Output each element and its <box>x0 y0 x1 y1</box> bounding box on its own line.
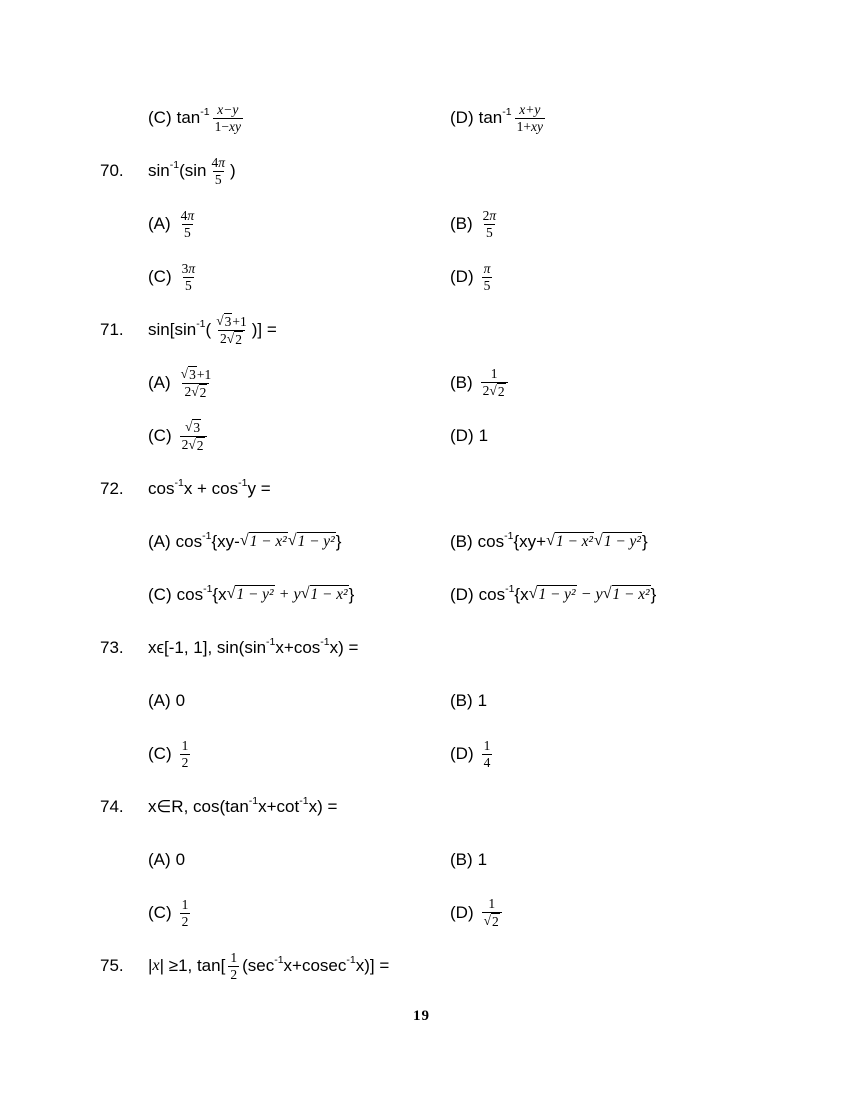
option-math: tan-1x−y1−xy <box>177 102 246 135</box>
math-fd: 2 <box>180 913 191 930</box>
math-mit: 1 − y² <box>538 586 575 603</box>
question-stem: sin-1(sin4π5) <box>148 155 236 188</box>
option-label: (B) <box>450 532 473 552</box>
math-rbar: 3 <box>192 419 201 436</box>
math-mrm: 4 <box>211 155 218 171</box>
math-mit: + y <box>275 586 301 604</box>
math-mfrac: 12√2 <box>481 366 508 399</box>
question-stem: sin[sin-1(√3+12√2)] = <box>148 313 277 347</box>
option-rows: (A) 0 (B) 1 (C) 12 (D) 1√2 <box>0 840 850 933</box>
math-mtxt: } <box>349 585 355 605</box>
math-mrm: 5 <box>484 278 491 294</box>
math-fn: 2π <box>481 208 499 224</box>
math-msqrt: √2 <box>227 331 243 348</box>
math-msqrt: √1 − x² <box>301 585 349 605</box>
math-msqrt: √1 − y² <box>288 532 336 552</box>
option-label: (C) <box>148 744 172 764</box>
math-msqrt: √1 − x² <box>240 532 288 552</box>
math-mrm: 1 <box>491 366 498 382</box>
math-rbar: 1 − y² <box>537 585 576 605</box>
math-fn: √3 <box>183 419 203 436</box>
math-mrm: 5 <box>486 225 493 241</box>
question-stem-row: 72. cos-1x + cos-1y = <box>0 469 850 509</box>
math-fn: 1 <box>180 738 191 754</box>
math-fn: π <box>482 261 493 277</box>
option: (D) tan-1x+y1+xy <box>450 102 548 135</box>
option-rows: (A) cos-1{xy-√1 − x²√1 − y²} (B) cos-1{x… <box>0 522 850 615</box>
math-msup: -1 <box>346 954 355 966</box>
math-fn: x−y <box>215 102 240 118</box>
math-mfrac: 12 <box>228 950 239 983</box>
math-rad: √ <box>185 419 192 435</box>
option-label: (C) <box>148 426 172 446</box>
math-mit: 1 − y² <box>236 586 273 603</box>
math-mit: 1 − x² <box>613 586 650 603</box>
option-label: (D) <box>450 903 474 923</box>
math-rad: √ <box>546 532 555 551</box>
math-mtxt: xϵ[-1, 1], sin(sin <box>148 638 266 658</box>
math-fn: x+y <box>517 102 542 118</box>
math-mit: 1 − x² <box>556 533 593 550</box>
math-rad: √ <box>288 532 297 551</box>
math-mtxt: )] = <box>252 320 277 340</box>
math-mrm: 5 <box>185 278 192 294</box>
math-mit: π <box>218 155 225 171</box>
option-row: (C) 3π5 (D) π5 <box>0 257 850 297</box>
page-number: 19 <box>413 1008 430 1025</box>
math-mtxt: {xy+ <box>513 532 546 552</box>
math-fd: 5 <box>213 171 224 188</box>
math-mtxt: x+cot <box>258 797 299 817</box>
question-stem: cos-1x + cos-1y = <box>148 479 271 499</box>
math-rbar: 2 <box>234 331 243 348</box>
option-math: √3+12√2 <box>176 366 217 400</box>
math-mrm: 5 <box>184 225 191 241</box>
math-mrm: 3 <box>182 261 189 277</box>
math-msup: -1 <box>504 530 513 542</box>
math-mtxt: {x <box>514 585 528 605</box>
option-math: 1 <box>479 426 488 446</box>
option-label: (B) <box>450 691 473 711</box>
math-msqrt: √1 − y² <box>529 585 577 605</box>
question-stem-row: 74. x∈R, cos(tan-1x+cot-1x) = <box>0 787 850 827</box>
math-fd: 1+xy <box>515 118 545 135</box>
math-fn: 1 <box>180 897 191 913</box>
question: 72. cos-1x + cos-1y = (A) cos-1{xy-√1 − … <box>0 469 850 615</box>
math-mit: 1 − y² <box>298 533 335 550</box>
math-mrm: 1 <box>182 897 189 913</box>
option-math: cos-1{xy+√1 − x²√1 − y²} <box>478 532 648 552</box>
option: (B) cos-1{xy+√1 − x²√1 − y²} <box>450 532 648 552</box>
math-fn: 1 <box>486 896 497 912</box>
option: (C) cos-1{x√1 − y² + y√1 − x²} <box>148 585 450 605</box>
math-mtxt: 0 <box>176 850 185 870</box>
math-mrm: 1 <box>182 738 189 754</box>
math-fn: 4π <box>209 155 227 171</box>
math-fd: 2 <box>228 966 239 983</box>
option-label: (A) <box>148 691 171 711</box>
math-msup: -1 <box>249 795 258 807</box>
math-msqrt: √1 − y² <box>227 585 275 605</box>
option-math: cos-1{x√1 − y² − y√1 − x²} <box>479 585 657 605</box>
math-mtxt: ( <box>206 320 212 340</box>
math-mrm: 2 <box>182 755 189 771</box>
math-mfrac: 12 <box>180 897 191 930</box>
math-mit: 1 − x² <box>250 533 287 550</box>
math-mrm: 4 <box>181 208 188 224</box>
math-fn: √3+1 <box>214 313 249 330</box>
math-mfrac: 1√2 <box>482 896 502 929</box>
math-mtxt: (sin <box>179 161 206 181</box>
math-mtxt: sin[sin <box>148 320 196 340</box>
option-math: √32√2 <box>177 419 210 453</box>
math-rbar: 2 <box>491 913 500 930</box>
math-msqrt: √1 − y² <box>594 532 642 552</box>
question-number: 70. <box>100 161 148 181</box>
math-mrm: 2 <box>235 332 242 347</box>
math-rad: √ <box>529 585 538 604</box>
math-mrm: 3 <box>193 420 200 435</box>
math-rbar: 1 − x² <box>249 532 288 552</box>
question: 74. x∈R, cos(tan-1x+cot-1x) = (A) 0 (B) … <box>0 787 850 933</box>
math-fn: √3+1 <box>179 366 214 383</box>
option-label: (D) <box>450 267 474 287</box>
option-math: tan-1x+y1+xy <box>479 102 548 135</box>
math-msup: -1 <box>200 106 209 118</box>
question: 70. sin-1(sin4π5) (A) 4π5 (B) 2π5 (C) 3π… <box>0 151 850 297</box>
option-label: (A) <box>148 850 171 870</box>
math-fd: 2√2 <box>180 436 207 454</box>
math-mtxt: x) = <box>309 797 338 817</box>
math-mtxt: x + cos <box>184 479 238 499</box>
math-rad: √ <box>191 384 198 400</box>
math-mtxt: {xy- <box>211 532 239 552</box>
math-mrm: 2 <box>230 967 237 983</box>
option-math: 12 <box>177 897 194 930</box>
math-msqrt: √2 <box>191 384 207 401</box>
question-stem: |x| ≥1, tan[12(sec-1x+cosec-1x)] = <box>148 950 389 983</box>
math-mfrac: √32√2 <box>180 419 207 453</box>
math-msup: -1 <box>505 583 514 595</box>
math-msup: -1 <box>170 159 179 171</box>
math-fd: 5 <box>484 224 495 241</box>
math-mtxt: | ≥1, tan[ <box>160 956 226 976</box>
math-rbar: 2 <box>497 383 506 400</box>
math-fn: 3π <box>180 261 198 277</box>
question: 71. sin[sin-1(√3+12√2)] = (A) √3+12√2 (B… <box>0 310 850 456</box>
math-mtxt: y = <box>248 479 271 499</box>
option: (D) 1 <box>450 426 488 446</box>
math-mtxt: 0 <box>176 691 185 711</box>
math-rad: √ <box>216 313 223 329</box>
option: (A) 0 <box>148 850 450 870</box>
math-msup: -1 <box>320 636 329 648</box>
option: (D) cos-1{x√1 − y² − y√1 − x²} <box>450 585 656 605</box>
math-rad: √ <box>181 366 188 382</box>
math-mfrac: 12 <box>180 738 191 771</box>
math-rad: √ <box>240 532 249 551</box>
math-mtxt: (sec <box>242 956 274 976</box>
option-math: 4π5 <box>176 208 200 241</box>
option-label: (B) <box>450 214 473 234</box>
math-mfrac: 4π5 <box>179 208 197 241</box>
option: (B) 2π5 <box>450 208 501 241</box>
math-mtxt: x+cos <box>275 638 320 658</box>
math-msup: -1 <box>274 954 283 966</box>
option-row: (C) cos-1{x√1 − y² + y√1 − x²} (D) cos-1… <box>0 575 850 615</box>
math-msqrt: √3 <box>181 366 197 383</box>
math-mtxt: {x <box>212 585 226 605</box>
option-label: (B) <box>450 850 473 870</box>
math-mtxt: ) <box>230 161 236 181</box>
option-label: (D) <box>450 108 474 128</box>
option-math: 12 <box>177 738 194 771</box>
math-mfrac: 14 <box>482 738 493 771</box>
math-mtxt: cos <box>177 585 203 605</box>
option-rows: (A) 0 (B) 1 (C) 12 (D) 14 <box>0 681 850 774</box>
math-rbar: 1 − y² <box>297 532 336 552</box>
math-mfrac: √3+12√2 <box>214 313 249 347</box>
math-mfrac: π5 <box>482 261 493 294</box>
math-mrm: 2 <box>492 914 499 929</box>
math-fd: 5 <box>182 224 193 241</box>
math-mfrac: x−y1−xy <box>213 102 243 135</box>
option-row: (C) √32√2 (D) 1 <box>0 416 850 456</box>
option: (D) 1√2 <box>450 896 505 929</box>
question-stem-row: 71. sin[sin-1(√3+12√2)] = <box>0 310 850 350</box>
math-fd: 2√2 <box>481 382 508 400</box>
question: 73. xϵ[-1, 1], sin(sin-1x+cos-1x) = (A) … <box>0 628 850 774</box>
option: (A) 0 <box>148 691 450 711</box>
option: (A) cos-1{xy-√1 − x²√1 − y²} <box>148 532 450 552</box>
math-fd: √2 <box>482 912 502 930</box>
option-label: (C) <box>148 108 172 128</box>
math-rad: √ <box>489 383 496 399</box>
math-rad: √ <box>484 913 491 929</box>
math-mit: π <box>187 208 194 224</box>
math-mtxt: cos <box>176 532 202 552</box>
math-mrm: 2 <box>200 385 207 400</box>
option-rows: (A) 4π5 (B) 2π5 (C) 3π5 (D) π5 <box>0 204 850 297</box>
math-mrm: 1 <box>484 738 491 754</box>
question-stem: xϵ[-1, 1], sin(sin-1x+cos-1x) = <box>148 638 358 658</box>
math-rad: √ <box>188 437 195 453</box>
math-mtxt: 1 <box>478 850 487 870</box>
option: (B) 1 <box>450 691 487 711</box>
math-fn: 1 <box>228 950 239 966</box>
math-rbar: 1 − x² <box>612 585 651 605</box>
math-mtxt: x∈R, cos(tan <box>148 797 249 817</box>
option-row: (A) √3+12√2 (B) 12√2 <box>0 363 850 403</box>
option-rows: (A) √3+12√2 (B) 12√2 (C) √32√2 (D) 1 <box>0 363 850 456</box>
math-mit: 1 − x² <box>311 586 348 603</box>
math-mrm: +1 <box>232 314 246 330</box>
math-msqrt: √3 <box>185 419 201 436</box>
math-mit: 1 − y² <box>604 533 641 550</box>
math-mrm: 4 <box>484 755 491 771</box>
math-rad: √ <box>594 532 603 551</box>
math-rad: √ <box>603 585 612 604</box>
option: (C) √32√2 <box>148 419 450 453</box>
math-mtxt: 1 <box>479 426 488 446</box>
math-mtxt: } <box>642 532 648 552</box>
math-mrm: 2 <box>220 331 227 347</box>
math-rbar: 3 <box>224 313 233 330</box>
math-mrm: +1 <box>197 367 211 383</box>
option-math: cos-1{xy-√1 − x²√1 − y²} <box>176 532 342 552</box>
math-fn: 1 <box>482 738 493 754</box>
math-rbar: 2 <box>196 437 205 454</box>
option-math: 0 <box>176 691 185 711</box>
option-math: 1 <box>478 850 487 870</box>
math-rbar: 1 − x² <box>310 585 349 605</box>
math-mrm: 2 <box>184 384 191 400</box>
option: (C) 12 <box>148 897 450 930</box>
question-stem-row: 73. xϵ[-1, 1], sin(sin-1x+cos-1x) = <box>0 628 850 668</box>
math-msup: -1 <box>196 318 205 330</box>
math-mrm: 2 <box>197 438 204 453</box>
math-mfrac: 4π5 <box>209 155 227 188</box>
math-fn: 4π <box>179 208 197 224</box>
question-number: 73. <box>100 638 148 658</box>
math-msup: -1 <box>299 795 308 807</box>
option-row: (C) 12 (D) 14 <box>0 734 850 774</box>
math-mfrac: √3+12√2 <box>179 366 214 400</box>
math-mtxt: sin <box>148 161 170 181</box>
math-rbar: 1 − y² <box>235 585 274 605</box>
option-math: 14 <box>479 738 496 771</box>
math-fd: 5 <box>183 277 194 294</box>
option-row: (A) cos-1{xy-√1 − x²√1 − y²} (B) cos-1{x… <box>0 522 850 562</box>
option-math: 3π5 <box>177 261 201 294</box>
math-fn: 1 <box>489 366 500 382</box>
math-mtxt: cos <box>479 585 505 605</box>
option-label: (C) <box>148 267 172 287</box>
exam-page: (C) tan-1x−y1−xy (D) tan-1x+y1+xy 70. si… <box>0 0 850 1100</box>
math-rbar: 3 <box>188 366 197 383</box>
math-mit: xy <box>531 119 543 135</box>
math-mit: x <box>152 957 159 975</box>
option: (A) √3+12√2 <box>148 366 450 400</box>
option-math: 0 <box>176 850 185 870</box>
math-mtxt: cos <box>148 479 174 499</box>
math-mrm: 1− <box>215 119 229 135</box>
math-mtxt: cos <box>478 532 504 552</box>
math-mtxt: x)] = <box>356 956 390 976</box>
option-label: (C) <box>148 585 172 605</box>
option-row: (C) tan-1x−y1−xy (D) tan-1x+y1+xy <box>0 98 850 138</box>
option-label: (A) <box>148 373 171 393</box>
math-msqrt: √2 <box>188 437 204 454</box>
math-mrm: 2 <box>182 437 189 453</box>
option-label: (A) <box>148 214 171 234</box>
option-rows: (C) tan-1x−y1−xy (D) tan-1x+y1+xy <box>0 98 850 138</box>
math-mit: π <box>489 208 496 224</box>
math-mrm: 2 <box>483 208 490 224</box>
question-number: 75. <box>100 956 148 976</box>
math-mtxt: x) = <box>330 638 359 658</box>
option-label: (D) <box>450 426 474 446</box>
math-fd: 1−xy <box>213 118 243 135</box>
option-label: (A) <box>148 532 171 552</box>
question-number: 74. <box>100 797 148 817</box>
option-row: (C) 12 (D) 1√2 <box>0 893 850 933</box>
option-math: cos-1{x√1 − y² + y√1 − x²} <box>177 585 355 605</box>
math-mit: xy <box>229 119 241 135</box>
math-mrm: 5 <box>215 172 222 188</box>
option-label: (B) <box>450 373 473 393</box>
option-math: 1 <box>478 691 487 711</box>
question-number: 72. <box>100 479 148 499</box>
option: (B) 1 <box>450 850 487 870</box>
math-rbar: 2 <box>199 384 208 401</box>
math-mit: x−y <box>217 102 238 118</box>
math-msqrt: √3 <box>216 313 232 330</box>
math-msup: -1 <box>238 477 247 489</box>
option-math: 2π5 <box>478 208 502 241</box>
math-mrm: 2 <box>182 914 189 930</box>
option-math: 12√2 <box>478 366 511 399</box>
math-mtxt: } <box>651 585 657 605</box>
math-mfrac: 2π5 <box>481 208 499 241</box>
math-mtxt: 1 <box>478 691 487 711</box>
question-stem: x∈R, cos(tan-1x+cot-1x) = <box>148 797 337 817</box>
option: (A) 4π5 <box>148 208 450 241</box>
option: (D) π5 <box>450 261 495 294</box>
math-msup: -1 <box>203 583 212 595</box>
math-rad: √ <box>301 585 310 604</box>
option-label: (C) <box>148 903 172 923</box>
option-math: 1√2 <box>479 896 505 929</box>
math-rad: √ <box>227 331 234 347</box>
option: (C) tan-1x−y1−xy <box>148 102 450 135</box>
math-fd: 2√2 <box>218 330 245 348</box>
question-stem-row: 75. |x| ≥1, tan[12(sec-1x+cosec-1x)] = <box>0 946 850 986</box>
math-mrm: 1 <box>230 950 237 966</box>
option-row: (A) 0 (B) 1 <box>0 840 850 880</box>
math-mit: π <box>188 261 195 277</box>
option: (C) 12 <box>148 738 450 771</box>
math-mrm: 1+ <box>517 119 531 135</box>
math-fd: 2 <box>180 754 191 771</box>
math-mfrac: 3π5 <box>180 261 198 294</box>
math-rbar: 1 − y² <box>603 532 642 552</box>
math-rbar: 1 − x² <box>555 532 594 552</box>
math-mit: x+y <box>519 102 540 118</box>
option: (C) 3π5 <box>148 261 450 294</box>
math-mrm: 1 <box>488 896 495 912</box>
math-mrm: 2 <box>483 383 490 399</box>
math-mrm: 3 <box>189 367 196 382</box>
question-stem-row: 70. sin-1(sin4π5) <box>0 151 850 191</box>
math-rad: √ <box>227 585 236 604</box>
math-msup: -1 <box>502 106 511 118</box>
math-mrm: 3 <box>225 314 232 329</box>
math-mtxt: } <box>336 532 342 552</box>
math-mtxt: x+cosec <box>284 956 347 976</box>
math-fd: 4 <box>482 754 493 771</box>
question: 75. |x| ≥1, tan[12(sec-1x+cosec-1x)] = <box>0 946 850 986</box>
math-fd: 2√2 <box>182 383 209 401</box>
option-row: (A) 4π5 (B) 2π5 <box>0 204 850 244</box>
math-msqrt: √2 <box>489 383 505 400</box>
option-row: (A) 0 (B) 1 <box>0 681 850 721</box>
option-math: π5 <box>479 261 496 294</box>
option-label: (D) <box>450 585 474 605</box>
math-msqrt: √1 − x² <box>603 585 651 605</box>
math-mit: − y <box>577 586 603 604</box>
math-mit: π <box>484 261 491 277</box>
